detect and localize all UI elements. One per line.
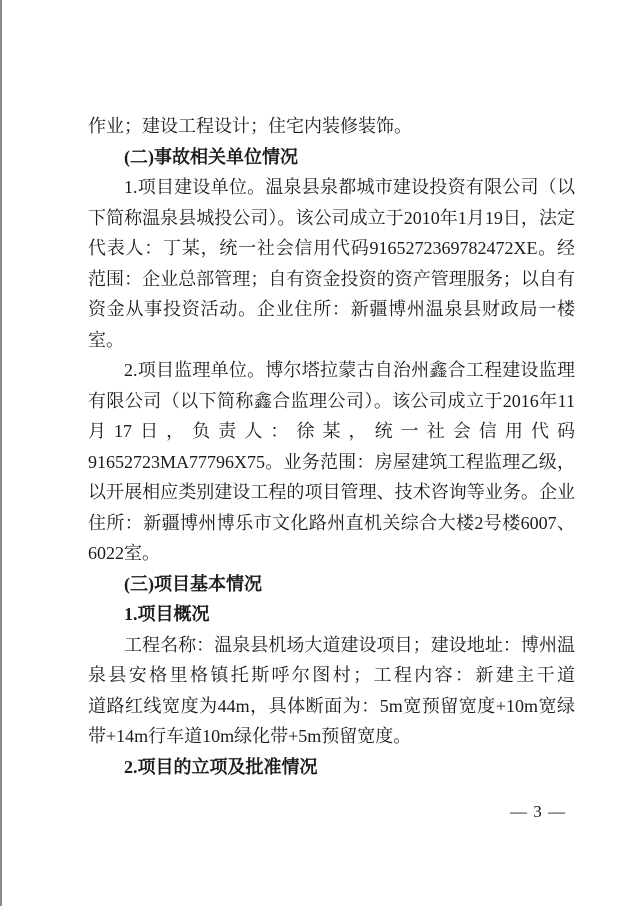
doc-line-21: 带+14m行车道10m绿化带+5m预留宽度。: [88, 721, 575, 752]
section-heading-project-overview: 1.项目概况: [88, 599, 575, 630]
doc-line-20: 道路红线宽度为44m，具体断面为：5m宽预留宽度+10m宽绿化: [88, 691, 575, 722]
doc-line-8: 室。: [88, 325, 575, 356]
doc-line-13: 以开展相应类别建设工程的项目管理、技术咨询等业务。企业: [88, 477, 575, 508]
document-body: 作业；建设工程设计；住宅内装修装饰。 (二)事故相关单位情况 1.项目建设单位。…: [88, 111, 575, 782]
doc-line-1: 作业；建设工程设计；住宅内装修装饰。: [88, 111, 575, 142]
doc-line-7: 资金从事投资活动。企业住所：新疆博州温泉县财政局一楼101: [88, 294, 575, 325]
doc-line-3: 1.项目建设单位。温泉县泉都城市建设投资有限公司（以: [88, 172, 575, 203]
doc-line-12: 91652723MA77796X75。业务范围：房屋建筑工程监理乙级，可: [88, 447, 575, 478]
section-heading-project-approval: 2.项目的立项及批准情况: [88, 752, 575, 783]
doc-line-6: 范围：企业总部管理；自有资金投资的资产管理服务；以自有: [88, 264, 575, 295]
document-page: 作业；建设工程设计；住宅内装修装饰。 (二)事故相关单位情况 1.项目建设单位。…: [0, 0, 640, 906]
doc-line-19: 泉县安格里格镇托斯呼尔图村；工程内容：新建主干道808.67m,: [88, 660, 575, 691]
doc-line-4: 下简称温泉县城投公司）。该公司成立于2010年1月19日，法定: [88, 203, 575, 234]
doc-line-9: 2.项目监理单位。博尔塔拉蒙古自治州鑫合工程建设监理: [88, 355, 575, 386]
page-number: — 3 —: [510, 801, 566, 823]
doc-line-18: 工程名称：温泉县机场大道建设项目；建设地址：博州温: [88, 630, 575, 661]
section-heading-project-basic-info: (三)项目基本情况: [88, 569, 575, 600]
doc-line-5: 代表人：丁某，统一社会信用代码9165272369782472XE。经营: [88, 233, 575, 264]
section-heading-accident-related-units: (二)事故相关单位情况: [88, 142, 575, 173]
doc-line-11: 月17日，负责人：徐某，统一社会信用代码: [88, 416, 575, 447]
doc-line-10: 有限公司（以下简称鑫合监理公司）。该公司成立于2016年11: [88, 386, 575, 417]
doc-line-14: 住所：新疆博州博乐市文化路州直机关综合大楼2号楼6007、: [88, 508, 575, 539]
doc-line-15: 6022室。: [88, 538, 575, 569]
page-left-edge-line: [0, 0, 2, 906]
